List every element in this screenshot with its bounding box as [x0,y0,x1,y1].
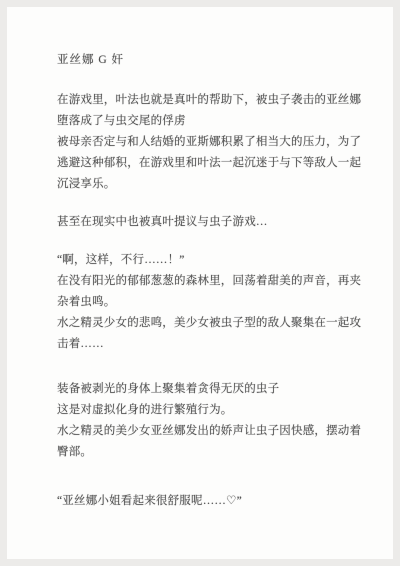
paragraph: 甚至在现实中也被真叶提议与虫子游戏… [57,212,365,233]
document-page: 亚丝娜 G 奸 在游戏里，叶法也就是真叶的帮助下，被虫子袭击的亚丝娜堕落成了与虫… [7,7,393,559]
text-line: 被母亲否定与和人结婚的亚斯娜积累了相当大的压力，为了 [57,132,365,153]
paragraph: “亚丝娜小姐看起来很舒服呢……♡” [57,491,365,512]
body-text: 在游戏里，叶法也就是真叶的帮助下，被虫子袭击的亚丝娜堕落成了与虫交尾的俘虏被母亲… [57,90,365,512]
paragraph: “啊，这样，不行……！”在没有阳光的郁郁葱葱的森林里，回荡着甜美的声音，再夹杂着… [57,250,365,355]
text-line: 装备被剥光的身体上聚集着贪得无厌的虫子 [57,379,365,400]
text-line: 杂着虫鸣。 [57,292,365,313]
text-line: 水之精灵少女的悲鸣，美少女被虫子型的敌人聚集在一起攻 [57,313,365,334]
text-line: 在没有阳光的郁郁葱葱的森林里，回荡着甜美的声音，再夹 [57,271,365,292]
text-line: “啊，这样，不行……！” [57,250,365,271]
text-line: 甚至在现实中也被真叶提议与虫子游戏… [57,212,365,233]
paragraph: 装备被剥光的身体上聚集着贪得无厌的虫子这是对虚拟化身的进行繁殖行为。水之精灵的美… [57,379,365,463]
text-line: 逃避这种郁积，在游戏里和叶法一起沉迷于与下等敌人一起 [57,153,365,174]
paragraph: 在游戏里，叶法也就是真叶的帮助下，被虫子袭击的亚丝娜堕落成了与虫交尾的俘虏被母亲… [57,90,365,195]
text-line: 臀部。 [57,442,365,463]
text-line: 这是对虚拟化身的进行繁殖行为。 [57,400,365,421]
text-line: 堕落成了与虫交尾的俘虏 [57,111,365,132]
text-line: 在游戏里，叶法也就是真叶的帮助下，被虫子袭击的亚丝娜 [57,90,365,111]
text-line: 水之精灵的美少女亚丝娜发出的娇声让虫子因快感，摆动着 [57,421,365,442]
text-line: 击着…… [57,334,365,355]
text-line: “亚丝娜小姐看起来很舒服呢……♡” [57,491,365,512]
text-line: 沉浸享乐。 [57,174,365,195]
page-title: 亚丝娜 G 奸 [57,50,365,71]
